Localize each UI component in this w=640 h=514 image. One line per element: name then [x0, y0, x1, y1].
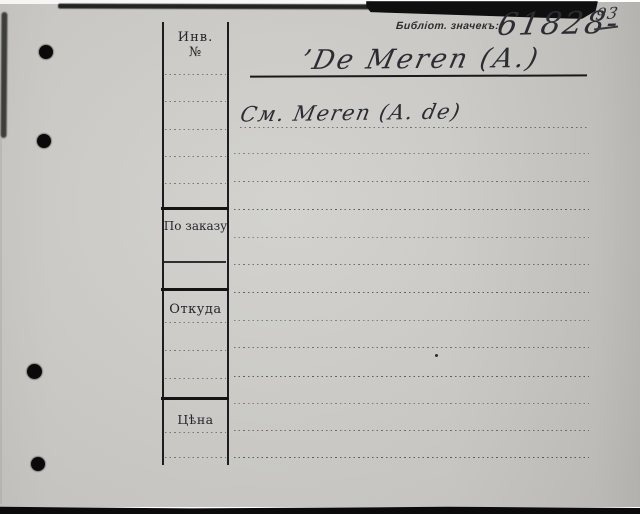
punch-hole: [27, 364, 42, 379]
inventory-label-line1: Инв.: [163, 30, 228, 45]
ruled-line: [234, 292, 589, 293]
column-ruled-line: [165, 457, 226, 458]
column-thin-divider: [164, 261, 226, 263]
ruled-line: [234, 209, 589, 210]
catalog-card-scan: Инв. № По заказу Откуда Цѣна Библіот. зн…: [0, 0, 640, 514]
order-label: По заказу: [163, 219, 228, 233]
column-ruled-line: [165, 156, 226, 157]
column-section-divider: [161, 207, 229, 210]
ruled-line: [234, 376, 589, 377]
cross-reference-handwritten: См. Meren (A. de): [238, 99, 463, 126]
column-ruled-line: [165, 322, 226, 323]
column-ruled-line: [165, 74, 226, 75]
ruled-line: [234, 264, 589, 265]
inventory-label-line2: №: [163, 45, 228, 60]
column-ruled-line: [165, 101, 226, 102]
column-ruled-line: [165, 432, 226, 433]
price-label: Цѣна: [163, 412, 228, 427]
ruled-line: [234, 457, 589, 458]
ruled-line: [234, 153, 589, 154]
ruled-line: [234, 181, 589, 182]
card-bottom-edge-shadow: [0, 506, 640, 514]
ruled-line: [234, 347, 589, 348]
column-ruled-line: [165, 183, 226, 184]
card-left-edge-shadow: [1, 12, 8, 138]
column-section-divider: [161, 397, 229, 400]
column-section-divider: [161, 288, 229, 291]
card-top-edge-shadow: [58, 4, 380, 10]
card-paper: [0, 2, 640, 507]
column-ruled-line: [165, 378, 226, 379]
library-mark-stamp-label: Библіот. значекъ:: [396, 20, 500, 32]
origin-label: Откуда: [163, 302, 228, 317]
ruled-line: [234, 237, 589, 238]
cross-reference-ruled-line: [240, 127, 588, 128]
ruled-line: [234, 403, 589, 404]
punch-hole: [39, 45, 53, 59]
corner-number-handwritten: 93: [594, 3, 620, 24]
ink-speck: [435, 354, 438, 357]
punch-hole: [37, 134, 51, 148]
card-left-edge-faint: [0, 138, 2, 504]
punch-hole: [31, 457, 45, 471]
inventory-number-label: Инв. №: [163, 30, 228, 60]
column-ruled-line: [165, 129, 226, 130]
entry-heading-handwritten: ’De Meren (A.): [298, 43, 543, 76]
ruled-line: [234, 430, 589, 431]
column-ruled-line: [165, 350, 226, 351]
ruled-line: [234, 320, 589, 321]
